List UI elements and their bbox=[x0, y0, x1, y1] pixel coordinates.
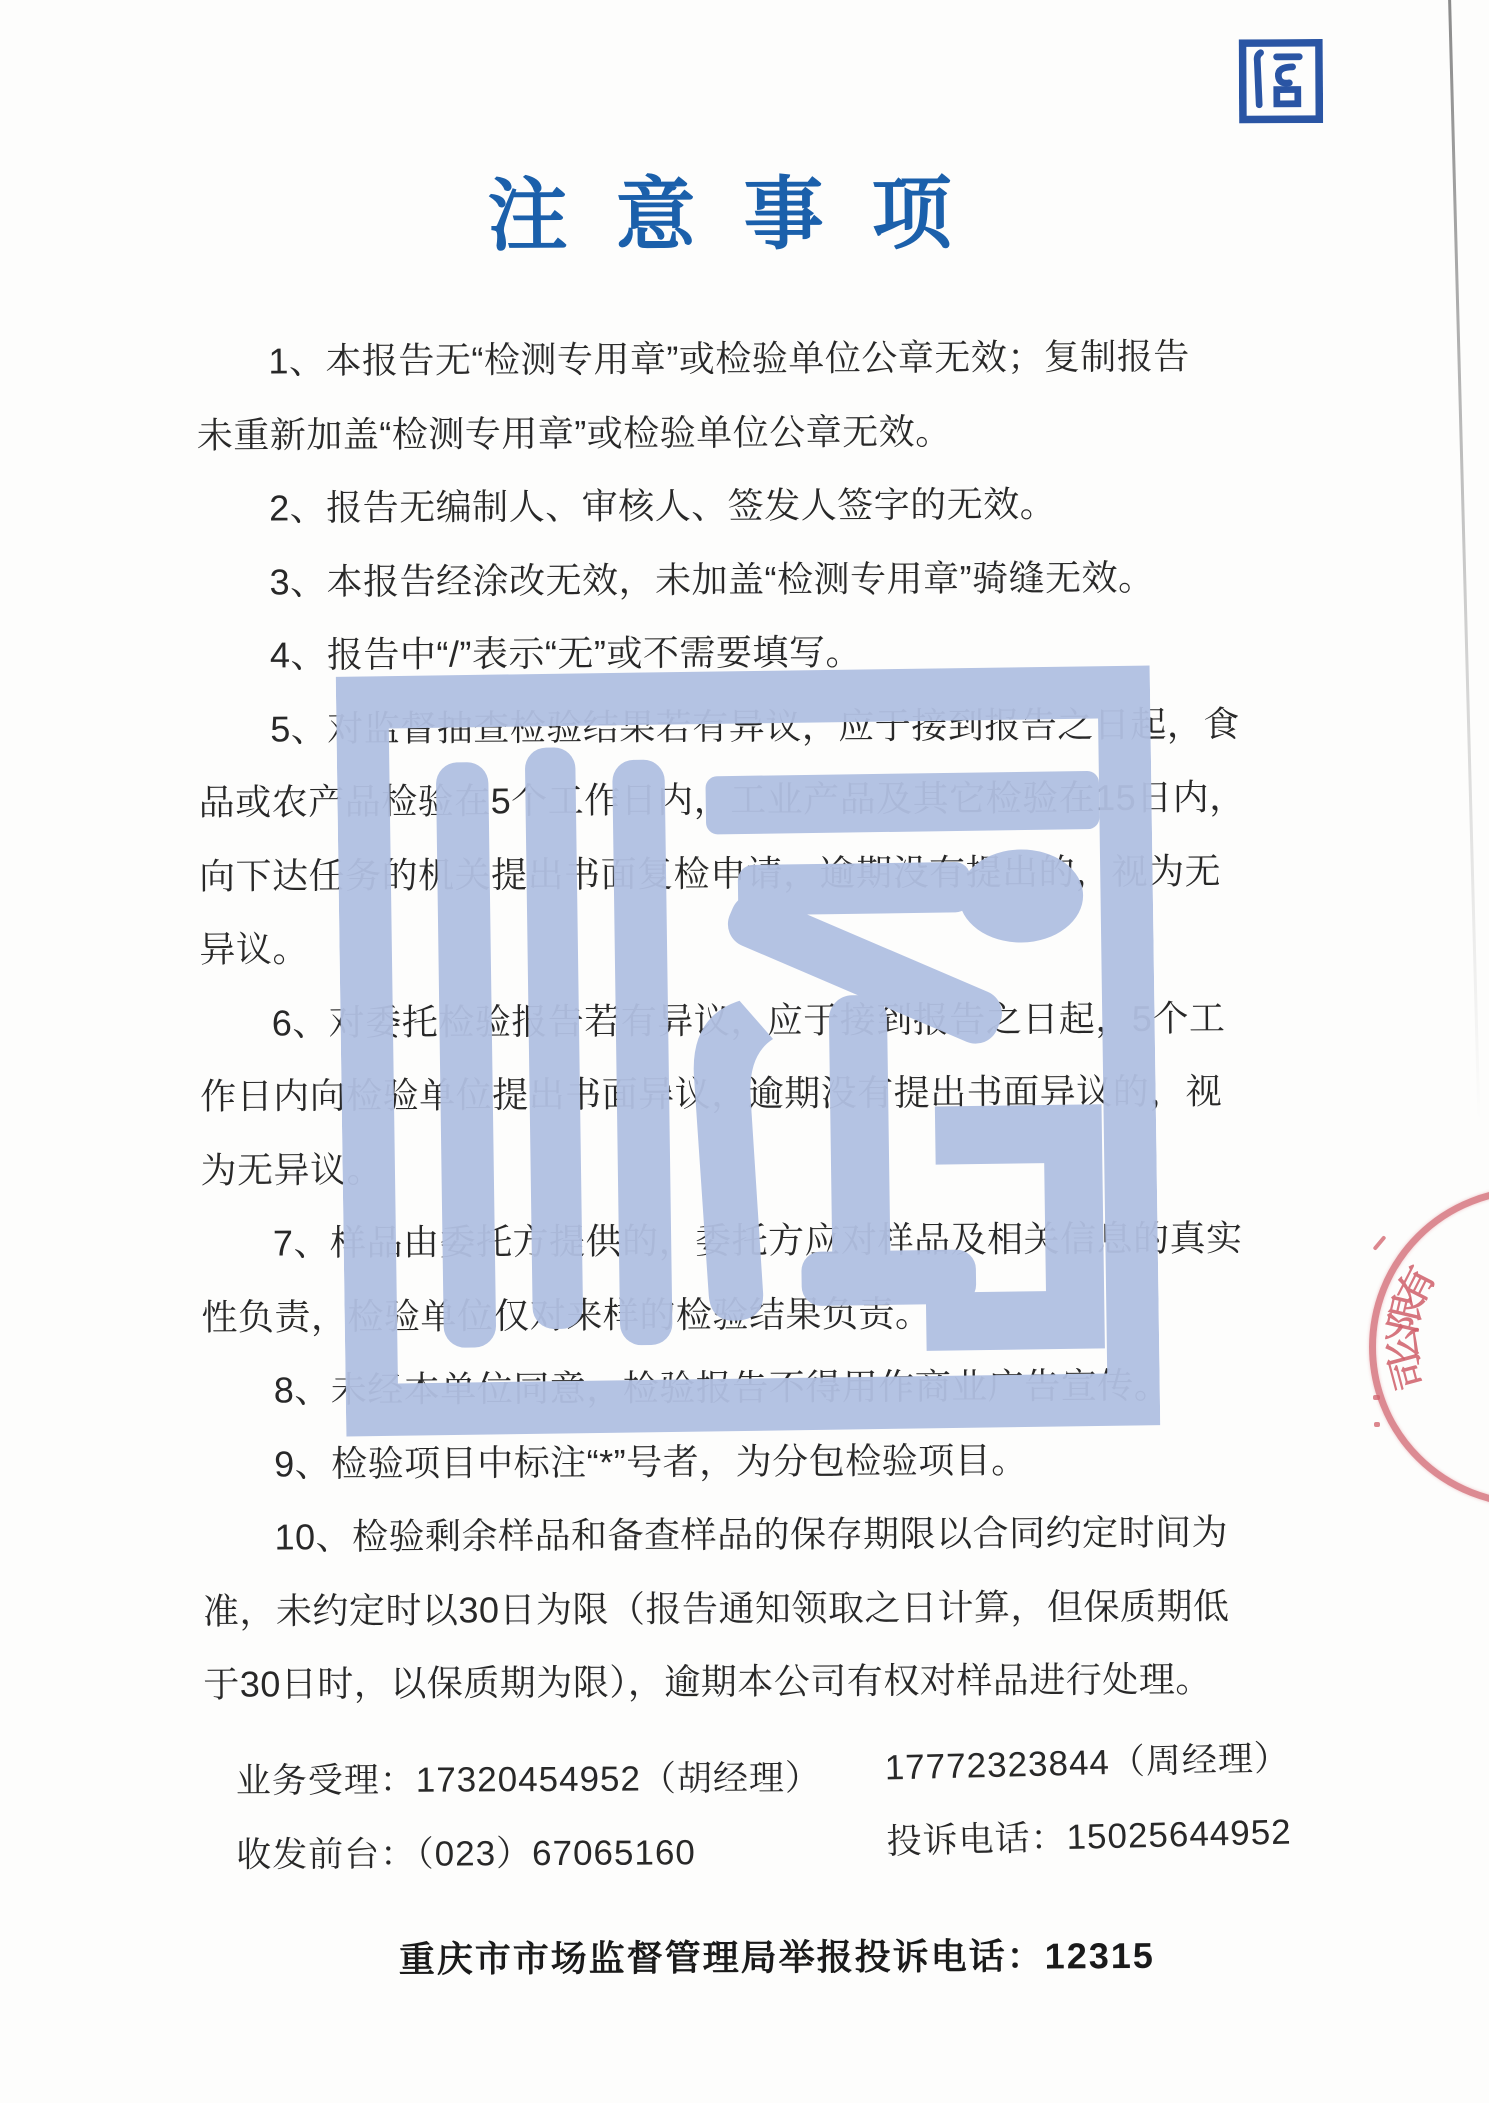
stamp-speck bbox=[1373, 1235, 1387, 1251]
scanned-report-page: 有限公司 注意事项 1、本报告无“检测专用章”或检验单位公章无效；复制报告未重新… bbox=[0, 0, 1489, 2103]
company-stamp: 有限公司 bbox=[0, 0, 1489, 2103]
stamp-speck bbox=[1373, 1395, 1380, 1400]
stamp-speck bbox=[1374, 1422, 1380, 1427]
